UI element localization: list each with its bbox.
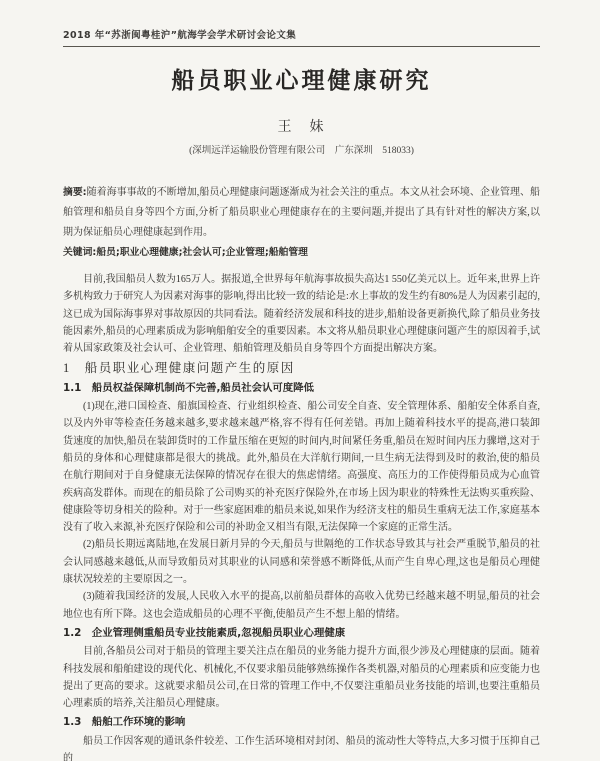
intro-paragraph: 目前,我国船员人数为165万人。据报道,全世界每年航海事故损失高达1 550亿美…: [63, 271, 540, 357]
keywords-block: 关键词:船员;职业心理健康;社会认可;企业管理;船舶管理: [63, 243, 540, 263]
section-1-2-heading: 1.2 企业管理侧重船员专业技能素质,忽视船员职业心理健康: [63, 625, 540, 642]
paper-page: 2018 年“苏浙闽粤桂沪”航海学会学术研讨会论文集 船员职业心理健康研究 王 …: [0, 0, 600, 761]
abstract-block: 摘要:随着海事事故的不断增加,船员心理健康问题逐渐成为社会关注的重点。本文从社会…: [63, 183, 540, 243]
header-divider: [63, 46, 540, 47]
section-1-1-heading: 1.1 船员权益保障机制尚不完善,船员社会认可度降低: [63, 380, 540, 397]
section-1-3-heading: 1.3 船舶工作环境的影响: [63, 714, 540, 731]
paper-title: 船员职业心理健康研究: [63, 62, 540, 95]
author-affiliation: (深圳远洋运输股份管理有限公司 广东深圳 518033): [63, 142, 540, 156]
keywords-text: 船员;职业心理健康;社会认可;企业管理;船舶管理: [96, 247, 308, 258]
section-1-2-paragraph-1: 目前,各船员公司对于船员的管理主要关注点在船员的业务能力提升方面,很少涉及心理健…: [63, 643, 540, 712]
section-1-1-paragraph-3: (3)随着我国经济的发展,人民收入水平的提高,以前船员群体的高收入优势已经越来越…: [63, 588, 540, 623]
proceedings-header: 2018 年“苏浙闽粤桂沪”航海学会学术研讨会论文集: [63, 27, 540, 41]
author-name: 王 妹: [63, 116, 540, 136]
abstract-text: 随着海事事故的不断增加,船员心理健康问题逐渐成为社会关注的重点。本文从社会环境、…: [63, 187, 540, 238]
article-body: 目前,我国船员人数为165万人。据报道,全世界每年航海事故损失高达1 550亿美…: [63, 271, 540, 761]
section-1-1-paragraph-2: (2)船员长期远离陆地,在发展日新月异的今天,船员与世隔绝的工作状态导致其与社会…: [63, 536, 540, 588]
abstract-label: 摘要:: [63, 187, 87, 198]
keywords-label: 关键词:: [63, 247, 96, 258]
section-1-1-paragraph-1: (1)现在,港口国检查、船旗国检查、行业组织检查、船公司安全自查、安全管理体系、…: [63, 398, 540, 536]
section-1-3-paragraph-1: 船员工作因客观的通讯条件较差、工作生活环境相对封闭、船员的流动性大等特点,大多习…: [63, 733, 540, 761]
section-1-heading: 1 船员职业心理健康问题产生的原因: [63, 360, 540, 377]
